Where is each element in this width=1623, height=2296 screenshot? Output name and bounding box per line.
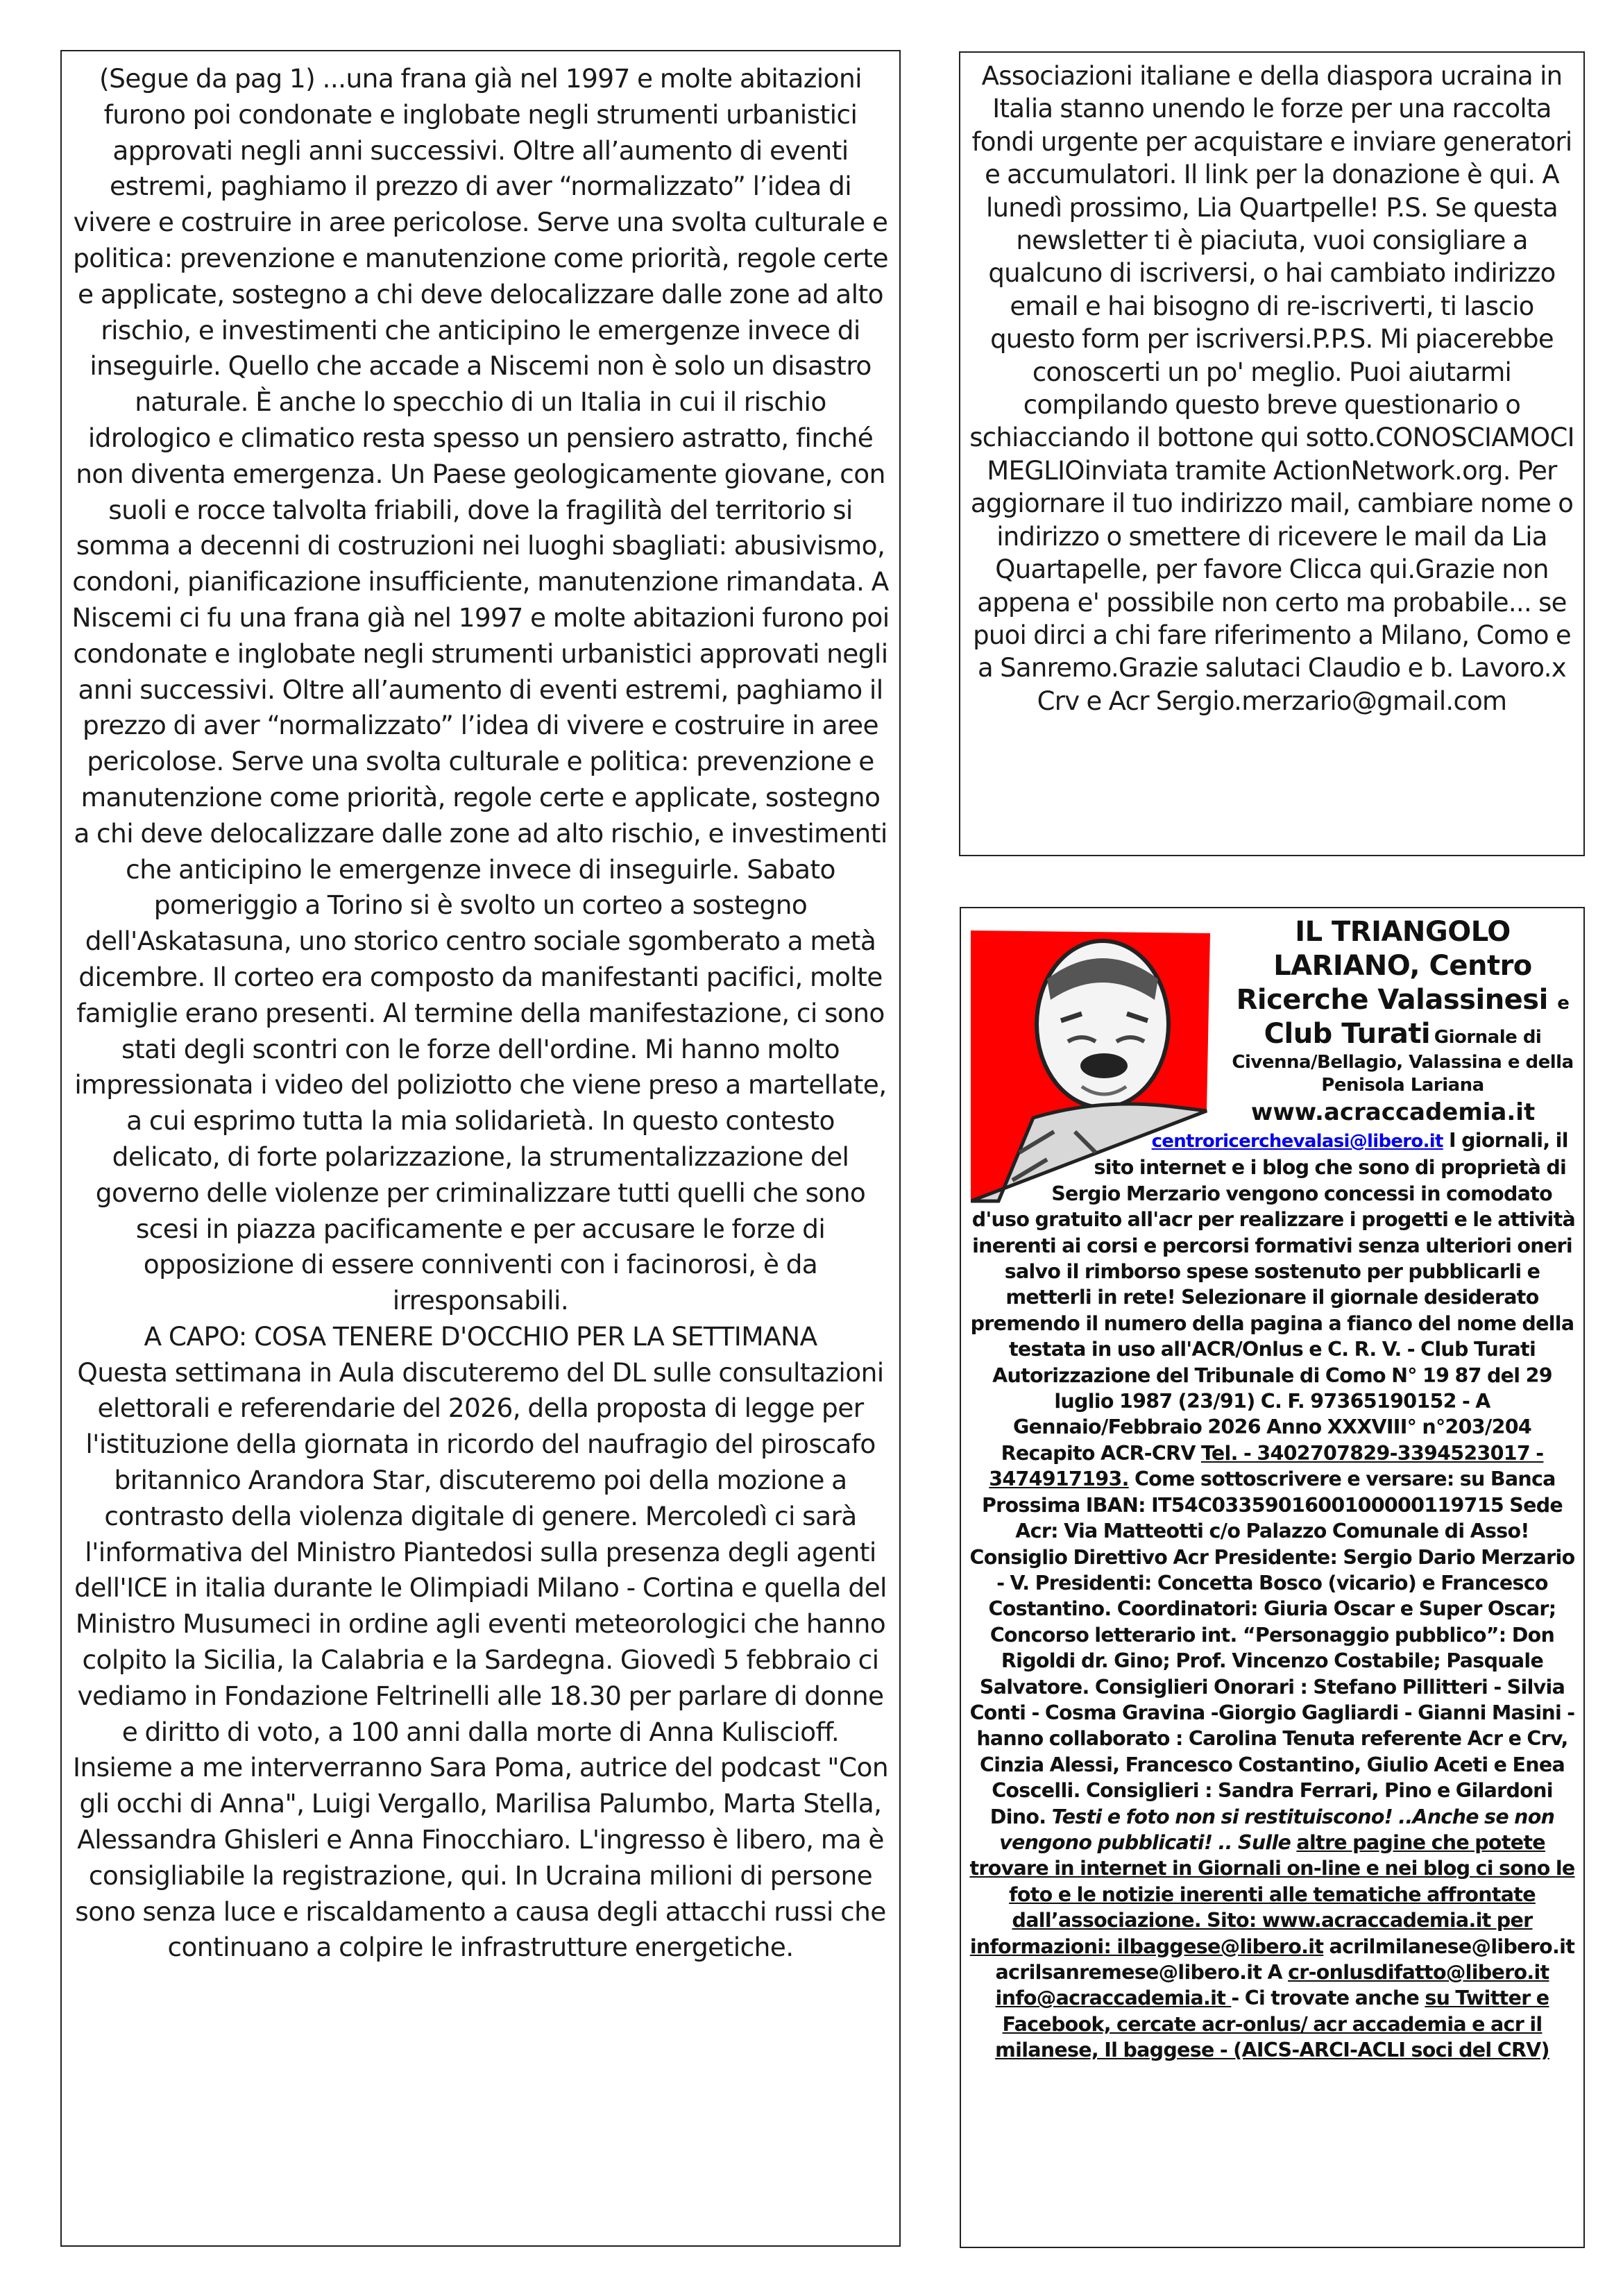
article-paragraph: (Segue da pag 1) ...una frana già nel 19… <box>70 61 891 1319</box>
info-text: Come sottoscrivere e versare: su Banca P… <box>970 1468 1575 1828</box>
newsletter-note-text: Associazioni italiane e della diaspora u… <box>967 60 1577 717</box>
social-prefix: - Ci trovate anche <box>1231 1987 1425 2009</box>
article-body: (Segue da pag 1) ...una frana già nel 19… <box>70 61 891 1966</box>
masthead-box: IL TRIANGOLO LARIANO, Centro Ricerche Va… <box>960 907 1585 2248</box>
masthead-info: centroricerchevalasi@libero.it I giornal… <box>967 1128 1578 2064</box>
club-name: Club Turati <box>1264 1018 1431 1050</box>
article-paragraph: Questa settimana in Aula discuteremo del… <box>70 1355 891 1966</box>
newsletter-note-box: Associazioni italiane e della diaspora u… <box>959 51 1585 856</box>
article-continuation-box: (Segue da pag 1) ...una frana già nel 19… <box>60 50 901 2247</box>
section-heading: A CAPO: COSA TENERE D'OCCHIO PER LA SETT… <box>70 1319 891 1355</box>
cartoon-face-logo-icon <box>971 924 1221 1208</box>
masthead: IL TRIANGOLO LARIANO, Centro Ricerche Va… <box>967 908 1578 2064</box>
